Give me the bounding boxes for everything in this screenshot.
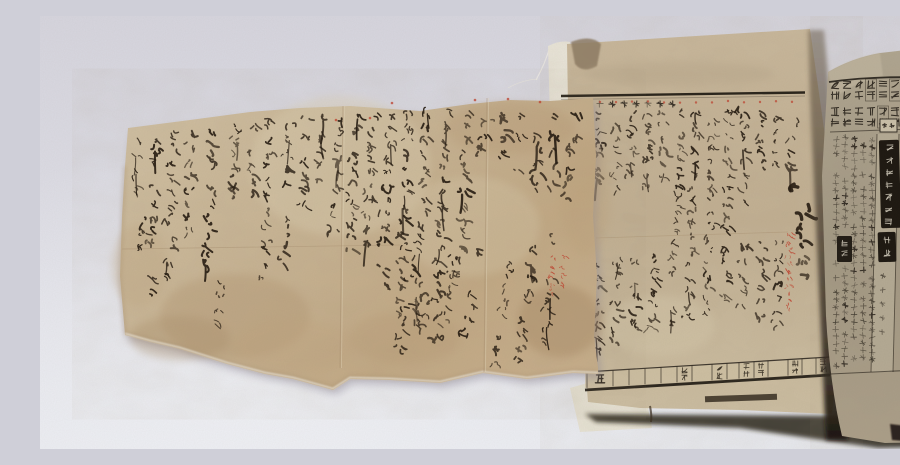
photo-canvas [40, 16, 900, 449]
photo-manuscript-and-book [40, 16, 900, 449]
paper-grain-overlay [40, 16, 900, 449]
